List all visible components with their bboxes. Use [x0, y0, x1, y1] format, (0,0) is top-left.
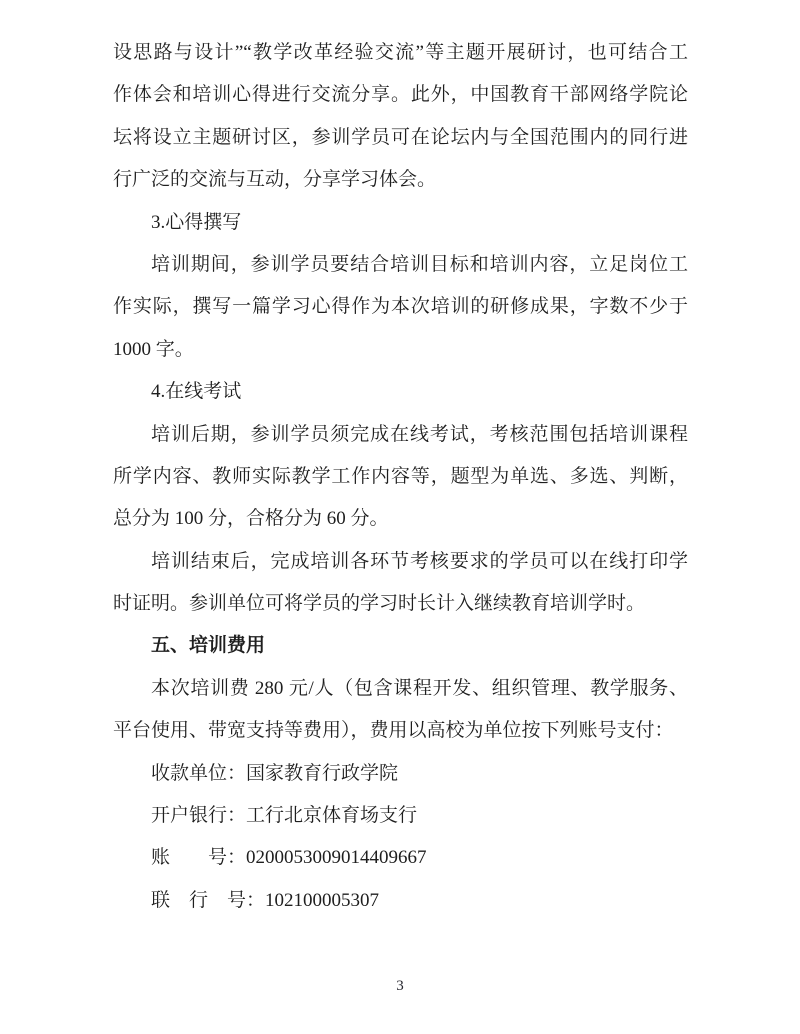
- payment-payee-line: 收款单位：国家教育行政学院: [113, 753, 688, 795]
- forum-paragraph-line-2: 作体会和培训心得进行交流分享。此外，中国教育干部网络学院论: [113, 74, 688, 116]
- page-number: 3: [0, 978, 800, 995]
- forum-paragraph-line-4: 行广泛的交流与互动，分享学习体会。: [113, 159, 688, 201]
- document-page: 设思路与设计”“教学改革经验交流”等主题开展研讨，也可结合工 作体会和培训心得进…: [0, 0, 800, 1034]
- certificate-paragraph-line-1: 培训结束后，完成培训各环节考核要求的学员可以在线打印学: [113, 541, 688, 583]
- reflection-paragraph-line-3: 1000 字。: [113, 329, 688, 371]
- payment-bank-code-line: 联 行 号：102100005307: [113, 880, 688, 922]
- forum-paragraph-line-1: 设思路与设计”“教学改革经验交流”等主题开展研讨，也可结合工: [113, 32, 688, 74]
- reflection-paragraph-line-2: 作实际，撰写一篇学习心得作为本次培训的研修成果，字数不少于: [113, 286, 688, 328]
- payment-account-number-line: 账 号：0200053009014409667: [113, 837, 688, 879]
- document-body: 设思路与设计”“教学改革经验交流”等主题开展研讨，也可结合工 作体会和培训心得进…: [113, 32, 688, 922]
- fee-paragraph-line-2: 平台使用、带宽支持等费用），费用以高校为单位按下列账号支付：: [113, 710, 688, 752]
- exam-paragraph-line-1: 培训后期，参训学员须完成在线考试，考核范围包括培训课程: [113, 414, 688, 456]
- subheading-reflection-writing: 3.心得撰写: [113, 202, 688, 244]
- subheading-online-exam: 4.在线考试: [113, 371, 688, 413]
- forum-paragraph-line-3: 坛将设立主题研讨区，参训学员可在论坛内与全国范围内的同行进: [113, 117, 688, 159]
- heading-training-fee: 五、培训费用: [113, 625, 688, 667]
- reflection-paragraph-line-1: 培训期间，参训学员要结合培训目标和培训内容，立足岗位工: [113, 244, 688, 286]
- exam-paragraph-line-2: 所学内容、教师实际教学工作内容等，题型为单选、多选、判断，: [113, 456, 688, 498]
- certificate-paragraph-line-2: 时证明。参训单位可将学员的学习时长计入继续教育培训学时。: [113, 583, 688, 625]
- fee-paragraph-line-1: 本次培训费 280 元/人（包含课程开发、组织管理、教学服务、: [113, 668, 688, 710]
- exam-paragraph-line-3: 总分为 100 分，合格分为 60 分。: [113, 498, 688, 540]
- payment-bank-line: 开户银行：工行北京体育场支行: [113, 795, 688, 837]
